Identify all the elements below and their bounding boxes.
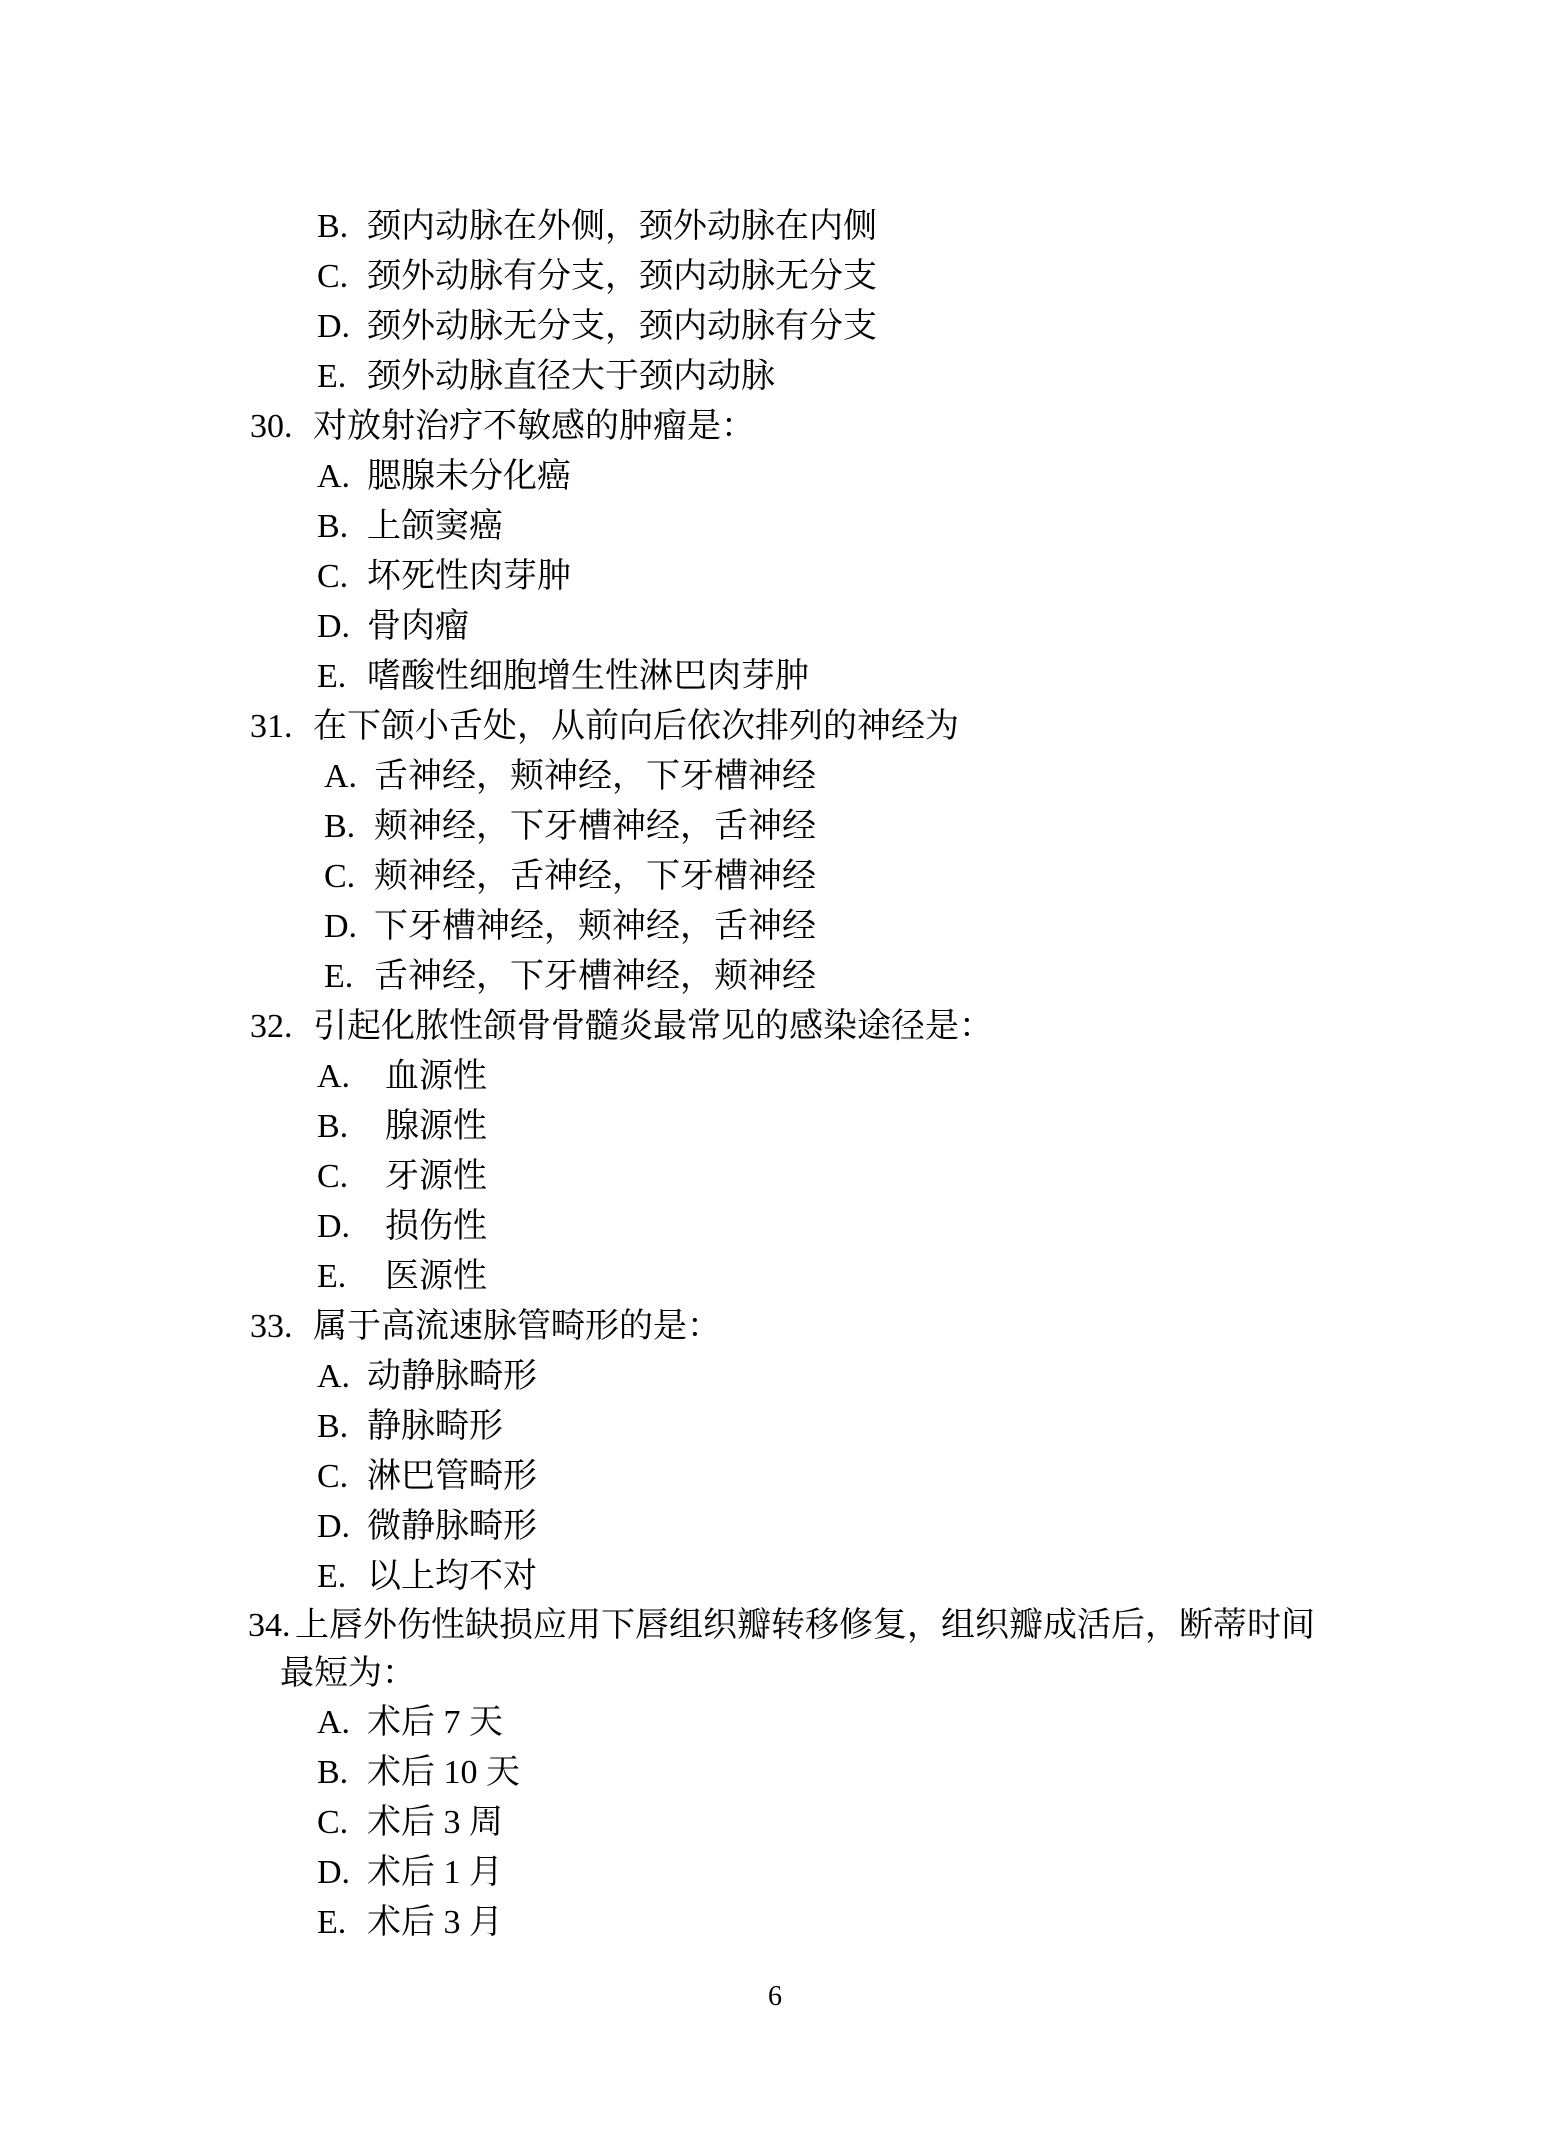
option-letter: C.: [317, 552, 367, 602]
option-text: 舌神经，下牙槽神经，颊神经: [374, 958, 816, 995]
option-line: E.颈外动脉直径大于颈内动脉: [0, 352, 1550, 402]
option-letter: A.: [317, 1352, 367, 1402]
option-text: 术后 1 月: [367, 1854, 503, 1891]
option-line: D.颈外动脉无分支，颈内动脉有分支: [0, 302, 1550, 352]
option-text: 颈外动脉直径大于颈内动脉: [367, 358, 775, 395]
option-line: B.颊神经，下牙槽神经，舌神经: [0, 802, 1550, 852]
option-line: E.医源性: [0, 1252, 1550, 1302]
option-letter: B.: [317, 1402, 367, 1452]
page-number: 6: [0, 1972, 1550, 2022]
option-line: D.骨肉瘤: [0, 602, 1550, 652]
option-line: B.颈内动脉在外侧，颈外动脉在内侧: [0, 202, 1550, 252]
option-text: 血源性: [385, 1058, 487, 1095]
option-line: E.嗜酸性细胞增生性淋巴肉芽肿: [0, 652, 1550, 702]
question-line-31: 31.在下颌小舌处，从前向后依次排列的神经为: [0, 702, 1550, 752]
exam-page: B.颈内动脉在外侧，颈外动脉在内侧 C.颈外动脉有分支，颈内动脉无分支 D.颈外…: [0, 0, 1550, 2150]
option-text: 颊神经，下牙槽神经，舌神经: [374, 808, 816, 845]
question-line-30: 30.对放射治疗不敏感的肿瘤是：: [0, 402, 1550, 452]
option-line: A.腮腺未分化癌: [0, 452, 1550, 502]
option-text: 术后 3 周: [367, 1804, 503, 1841]
option-letter: E.: [317, 1898, 367, 1948]
option-text: 术后 3 月: [367, 1904, 503, 1941]
option-text: 上颌窦癌: [367, 508, 503, 545]
option-letter: E.: [317, 1552, 367, 1602]
question-line-33: 33.属于高流速脉管畸形的是：: [0, 1302, 1550, 1352]
option-text: 颈外动脉无分支，颈内动脉有分支: [367, 308, 877, 345]
option-line: B.腺源性: [0, 1102, 1550, 1152]
option-line: E.舌神经，下牙槽神经，颊神经: [0, 952, 1550, 1002]
option-text: 术后 10 天: [367, 1754, 520, 1791]
option-letter: A.: [324, 752, 374, 802]
question-number: 34.: [248, 1602, 295, 1650]
option-letter: C.: [324, 852, 374, 902]
question-number: 30.: [250, 402, 313, 452]
option-letter: B.: [317, 1102, 385, 1152]
option-letter: D.: [317, 302, 367, 352]
option-line: C.坏死性肉芽肿: [0, 552, 1550, 602]
option-text: 医源性: [385, 1258, 487, 1295]
exam-content: B.颈内动脉在外侧，颈外动脉在内侧 C.颈外动脉有分支，颈内动脉无分支 D.颈外…: [0, 0, 1550, 1948]
option-line: E.术后 3 月: [0, 1898, 1550, 1948]
question-stem: 上唇外伤性缺损应用下唇组织瓣转移修复，组织瓣成活后，断蒂时间: [295, 1607, 1315, 1644]
option-line: C.牙源性: [0, 1152, 1550, 1202]
option-letter: B.: [317, 1748, 367, 1798]
option-line: B.上颌窦癌: [0, 502, 1550, 552]
option-letter: E.: [317, 352, 367, 402]
option-text: 颈内动脉在外侧，颈外动脉在内侧: [367, 208, 877, 245]
option-line: C.颈外动脉有分支，颈内动脉无分支: [0, 252, 1550, 302]
option-letter: E.: [317, 652, 367, 702]
question-stem: 在下颌小舌处，从前向后依次排列的神经为: [313, 708, 959, 745]
option-letter: C.: [317, 1798, 367, 1848]
option-text: 嗜酸性细胞增生性淋巴肉芽肿: [367, 658, 809, 695]
option-text: 损伤性: [385, 1208, 487, 1245]
option-text: 淋巴管畸形: [367, 1458, 537, 1495]
option-letter: D.: [317, 1202, 385, 1252]
option-text: 微静脉畸形: [367, 1508, 537, 1545]
option-line: A.舌神经，颊神经，下牙槽神经: [0, 752, 1550, 802]
option-text: 术后 7 天: [367, 1704, 503, 1741]
option-letter: A.: [317, 1698, 367, 1748]
question-line-32: 32.引起化脓性颌骨骨髓炎最常见的感染途径是：: [0, 1002, 1550, 1052]
option-line: D.下牙槽神经，颊神经，舌神经: [0, 902, 1550, 952]
option-line: C.术后 3 周: [0, 1798, 1550, 1848]
option-line: A.术后 7 天: [0, 1698, 1550, 1748]
option-letter: C.: [317, 252, 367, 302]
question-line-34: 34.上唇外伤性缺损应用下唇组织瓣转移修复，组织瓣成活后，断蒂时间: [0, 1602, 1550, 1650]
option-text: 颊神经，舌神经，下牙槽神经: [374, 858, 816, 895]
question-number: 33.: [250, 1302, 313, 1352]
option-letter: B.: [317, 202, 367, 252]
option-line: C.颊神经，舌神经，下牙槽神经: [0, 852, 1550, 902]
option-letter: A.: [317, 1052, 385, 1102]
question-number: 32.: [250, 1002, 313, 1052]
option-letter: B.: [324, 802, 374, 852]
option-line: A.血源性: [0, 1052, 1550, 1102]
option-line: D.损伤性: [0, 1202, 1550, 1252]
option-line: E.以上均不对: [0, 1552, 1550, 1602]
question-stem: 引起化脓性颌骨骨髓炎最常见的感染途径是：: [313, 1008, 993, 1045]
option-line: D.微静脉畸形: [0, 1502, 1550, 1552]
option-text: 静脉畸形: [367, 1408, 503, 1445]
question-stem-continuation: 最短为：: [0, 1650, 1550, 1698]
option-letter: D.: [317, 1502, 367, 1552]
option-letter: C.: [317, 1152, 385, 1202]
option-letter: A.: [317, 452, 367, 502]
option-letter: B.: [317, 502, 367, 552]
question-number: 31.: [250, 702, 313, 752]
option-letter: C.: [317, 1452, 367, 1502]
option-text: 坏死性肉芽肿: [367, 558, 571, 595]
question-stem: 对放射治疗不敏感的肿瘤是：: [313, 408, 755, 445]
option-letter: D.: [317, 1848, 367, 1898]
option-line: B.静脉畸形: [0, 1402, 1550, 1452]
option-text: 骨肉瘤: [367, 608, 469, 645]
option-letter: E.: [324, 952, 374, 1002]
option-text: 腺源性: [385, 1108, 487, 1145]
question-stem-text: 最短为：: [280, 1655, 416, 1692]
option-line: D.术后 1 月: [0, 1848, 1550, 1898]
option-text: 动静脉畸形: [367, 1358, 537, 1395]
option-letter: E.: [317, 1252, 385, 1302]
option-letter: D.: [324, 902, 374, 952]
option-text: 下牙槽神经，颊神经，舌神经: [374, 908, 816, 945]
option-text: 腮腺未分化癌: [367, 458, 571, 495]
option-line: A.动静脉畸形: [0, 1352, 1550, 1402]
option-text: 以上均不对: [367, 1558, 537, 1595]
option-line: C.淋巴管畸形: [0, 1452, 1550, 1502]
question-stem: 属于高流速脉管畸形的是：: [313, 1308, 721, 1345]
option-text: 牙源性: [385, 1158, 487, 1195]
option-text: 舌神经，颊神经，下牙槽神经: [374, 758, 816, 795]
option-letter: D.: [317, 602, 367, 652]
option-text: 颈外动脉有分支，颈内动脉无分支: [367, 258, 877, 295]
option-line: B.术后 10 天: [0, 1748, 1550, 1798]
